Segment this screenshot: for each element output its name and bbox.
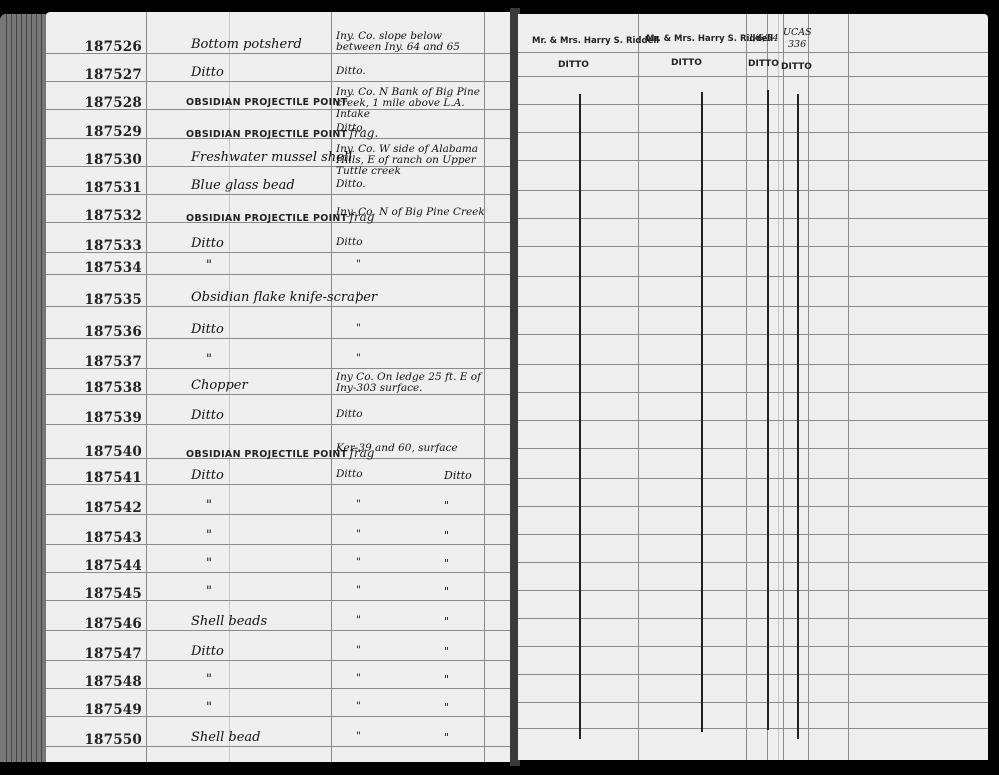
object-text: Obsidian flake knife-scraper xyxy=(191,290,377,305)
catalog-number: 187548 xyxy=(46,674,142,690)
object-description: Freshwater mussel shell xyxy=(191,150,352,165)
extra-column-ditto: " xyxy=(444,645,449,658)
object-description: OBSIDIAN PROJECTILE POINT xyxy=(186,97,347,108)
ledger-row: 187538ChopperIny Co. On ledge 25 ft. E o… xyxy=(46,380,512,406)
object-text: OBSIDIAN PROJECTILE POINT xyxy=(186,449,347,460)
collector-name: Mr. & Mrs. Harry S. Riddell xyxy=(532,36,659,46)
ruled-line xyxy=(518,132,988,133)
ruled-line xyxy=(518,104,988,105)
locality: " xyxy=(356,499,361,510)
catalog-number: 187532 xyxy=(46,208,142,224)
ditto-line xyxy=(767,90,769,730)
locality: " xyxy=(356,529,361,540)
ruled-line xyxy=(518,306,988,307)
column-rule xyxy=(638,14,639,760)
extra-column-ditto: " xyxy=(444,731,449,744)
ledger-row: 187546Shell beads"" xyxy=(46,616,512,642)
catalog-number: 187526 xyxy=(46,39,142,55)
catalog-number: 187549 xyxy=(46,702,142,718)
ditto-line xyxy=(579,94,581,739)
object-text: Freshwater mussel shell xyxy=(191,150,352,165)
catalog-number: 187529 xyxy=(46,124,142,140)
ruled-line xyxy=(518,420,988,421)
extra-column-ditto: " xyxy=(444,585,449,598)
ruled-line xyxy=(518,478,988,479)
catalog-number: 187546 xyxy=(46,616,142,632)
object-description: " xyxy=(206,672,212,687)
ledger-row: 187531Blue glass beadDitto. xyxy=(46,180,512,206)
ruled-line xyxy=(518,702,988,703)
object-text: " xyxy=(206,528,212,543)
object-text: Chopper xyxy=(191,378,248,393)
locality: " xyxy=(356,615,361,626)
ledger-row: 187543""" xyxy=(46,530,512,556)
ruled-line xyxy=(518,562,988,563)
object-description: " xyxy=(206,584,212,599)
object-text: Ditto xyxy=(191,408,224,423)
column-rule xyxy=(778,14,779,760)
catalog-number: 187534 xyxy=(46,260,142,276)
ruled-line xyxy=(518,218,988,219)
locality: Ditto xyxy=(336,237,363,248)
ruled-line xyxy=(518,534,988,535)
ditto-stamp-date: DITTO xyxy=(748,59,779,69)
column-rule xyxy=(808,14,809,760)
catalog-number: 187547 xyxy=(46,646,142,662)
locality: Ditto. xyxy=(336,179,366,190)
object-description: Obsidian flake knife-scraper xyxy=(191,290,377,305)
ruled-line xyxy=(518,392,988,393)
object-description: Chopper xyxy=(191,378,248,393)
extra-column-ditto: " xyxy=(444,529,449,542)
ruled-line xyxy=(518,52,988,53)
object-text: Ditto xyxy=(191,644,224,659)
ledger-row: 187550Shell bead"" xyxy=(46,732,512,758)
catalog-number: 187538 xyxy=(46,380,142,396)
accession-date: 1/6/54 xyxy=(748,34,779,44)
ledger-row: 187542""" xyxy=(46,500,512,526)
catalog-number: 187550 xyxy=(46,732,142,748)
ruled-line xyxy=(518,276,988,277)
page-stack-edge xyxy=(0,14,48,762)
ledger-right-page: Mr. & Mrs. Harry S. Riddell Mr. & Mrs. H… xyxy=(518,14,988,760)
object-description: " xyxy=(206,498,212,513)
catalog-number: 187543 xyxy=(46,530,142,546)
catalog-number: 187539 xyxy=(46,410,142,426)
ledger-row: 187545""" xyxy=(46,586,512,612)
ledger-row: 187539DittoDitto xyxy=(46,410,512,436)
object-description: Ditto xyxy=(191,65,224,80)
locality: " xyxy=(356,353,361,364)
locality: Iny. Co. N of Big Pine Creek xyxy=(336,207,485,218)
locality: " xyxy=(356,585,361,596)
column-rule xyxy=(746,14,747,760)
catalog-number: 187527 xyxy=(46,67,142,83)
object-text: Shell beads xyxy=(191,614,267,629)
locality: " xyxy=(356,673,361,684)
object-description: Bottom potsherd xyxy=(191,37,302,52)
ruled-line xyxy=(518,590,988,591)
catalog-number: 187533 xyxy=(46,238,142,254)
catalog-number: 187542 xyxy=(46,500,142,516)
object-text: Blue glass bead xyxy=(191,178,295,193)
catalog-number: 187540 xyxy=(46,444,142,460)
ledger-row: 187534"" xyxy=(46,260,512,286)
ditto-line xyxy=(797,94,799,739)
catalog-number: 187545 xyxy=(46,586,142,602)
object-text: " xyxy=(206,556,212,571)
column-rule xyxy=(783,14,784,760)
object-text: OBSIDIAN PROJECTILE POINT xyxy=(186,129,347,140)
object-text: Bottom potsherd xyxy=(191,37,302,52)
ledger-row: 187535Obsidian flake knife-scraper" xyxy=(46,292,512,318)
ledger-row: 187549""" xyxy=(46,702,512,728)
extra-column-ditto: " xyxy=(444,673,449,686)
object-description: Ditto xyxy=(191,322,224,337)
extra-column-ditto: " xyxy=(444,499,449,512)
ditto-stamp-donor: DITTO xyxy=(671,58,702,68)
object-text: " xyxy=(206,584,212,599)
ledger-row: 187536Ditto" xyxy=(46,324,512,350)
catalog-number: 187535 xyxy=(46,292,142,308)
object-description: Ditto xyxy=(191,408,224,423)
ruled-line xyxy=(518,246,988,247)
ruled-line xyxy=(518,674,988,675)
object-text: " xyxy=(206,672,212,687)
ruled-line xyxy=(518,160,988,161)
object-text: Ditto xyxy=(191,468,224,483)
ditto-stamp-accession: DITTO xyxy=(781,62,812,72)
extra-column-ditto: " xyxy=(444,557,449,570)
object-description: Ditto xyxy=(191,236,224,251)
locality: Iny Co. On ledge 25 ft. E of Iny-303 sur… xyxy=(336,372,486,394)
ruled-line xyxy=(518,448,988,449)
object-text: " xyxy=(206,258,212,273)
ditto-line xyxy=(701,92,703,732)
object-description: Ditto xyxy=(191,644,224,659)
object-text: Ditto xyxy=(191,236,224,251)
object-description: Blue glass bead xyxy=(191,178,295,193)
ruled-line xyxy=(518,190,988,191)
ruled-line xyxy=(518,76,988,77)
locality: Ditto. xyxy=(336,123,366,134)
ledger-row: 187541DittoDittoDitto xyxy=(46,470,512,496)
ledger-row: 187540OBSIDIAN PROJECTILE POINTfragKer-3… xyxy=(46,444,512,470)
locality: Iny. Co. slope below between Iny. 64 and… xyxy=(336,31,486,53)
object-text: OBSIDIAN PROJECTILE POINT xyxy=(186,213,347,224)
locality: Ditto xyxy=(336,409,363,420)
object-description: " xyxy=(206,352,212,367)
object-description: " xyxy=(206,258,212,273)
ruled-line xyxy=(518,506,988,507)
ledger-row: 187548""" xyxy=(46,674,512,700)
ledger-row: 187547Ditto"" xyxy=(46,646,512,672)
ruled-line xyxy=(518,728,988,729)
ledger-row: 187528OBSIDIAN PROJECTILE POINTIny. Co. … xyxy=(46,95,512,121)
catalog-number: 187537 xyxy=(46,354,142,370)
object-text: Ditto xyxy=(191,65,224,80)
object-description: " xyxy=(206,556,212,571)
object-text: " xyxy=(206,498,212,513)
locality: " xyxy=(356,645,361,656)
ledger-row: 187530Freshwater mussel shellIny. Co. W … xyxy=(46,152,512,178)
object-description: " xyxy=(206,528,212,543)
locality: Ker-39 and 60, surface xyxy=(336,443,458,454)
ruled-line xyxy=(518,364,988,365)
locality: Ditto xyxy=(336,469,363,480)
accession-number-prefix: UCAS xyxy=(783,28,812,38)
locality: Iny. Co. N Bank of Big Pine creek, 1 mil… xyxy=(336,87,486,120)
locality: Iny. Co. W side of Alabama Hills, E of r… xyxy=(336,144,486,177)
locality: Ditto. xyxy=(336,66,366,77)
object-text: " xyxy=(206,700,212,715)
object-text: " xyxy=(206,352,212,367)
ruled-line xyxy=(518,646,988,647)
ruled-line xyxy=(518,618,988,619)
ledger-row: 187532OBSIDIAN PROJECTILE POINTfragIny. … xyxy=(46,208,512,234)
extra-column-ditto: " xyxy=(444,615,449,628)
object-description: Shell beads xyxy=(191,614,267,629)
locality: " xyxy=(356,731,361,742)
ledger-row: 187526Bottom potsherdIny. Co. slope belo… xyxy=(46,39,512,65)
column-rule xyxy=(848,14,849,760)
object-description: Ditto xyxy=(191,468,224,483)
catalog-number: 187541 xyxy=(46,470,142,486)
locality: " xyxy=(356,557,361,568)
object-text: Ditto xyxy=(191,322,224,337)
accession-number: 336 xyxy=(788,40,806,50)
extra-column-ditto: Ditto xyxy=(444,469,472,482)
catalog-number: 187531 xyxy=(46,180,142,196)
catalog-number: 187530 xyxy=(46,152,142,168)
object-text: Shell bead xyxy=(191,730,261,745)
ditto-stamp-collector: DITTO xyxy=(558,60,589,70)
locality: " xyxy=(356,701,361,712)
object-description: Shell bead xyxy=(191,730,261,745)
ledger-row: 187544""" xyxy=(46,558,512,584)
object-text: OBSIDIAN PROJECTILE POINT xyxy=(186,97,347,108)
locality: " xyxy=(356,291,361,302)
locality: " xyxy=(356,323,361,334)
locality: " xyxy=(356,259,361,270)
catalog-number: 187536 xyxy=(46,324,142,340)
ruled-line xyxy=(518,334,988,335)
object-description: " xyxy=(206,700,212,715)
extra-column-ditto: " xyxy=(444,701,449,714)
catalog-number: 187528 xyxy=(46,95,142,111)
ledger-left-page: 187526Bottom potsherdIny. Co. slope belo… xyxy=(46,12,512,762)
catalog-number: 187544 xyxy=(46,558,142,574)
